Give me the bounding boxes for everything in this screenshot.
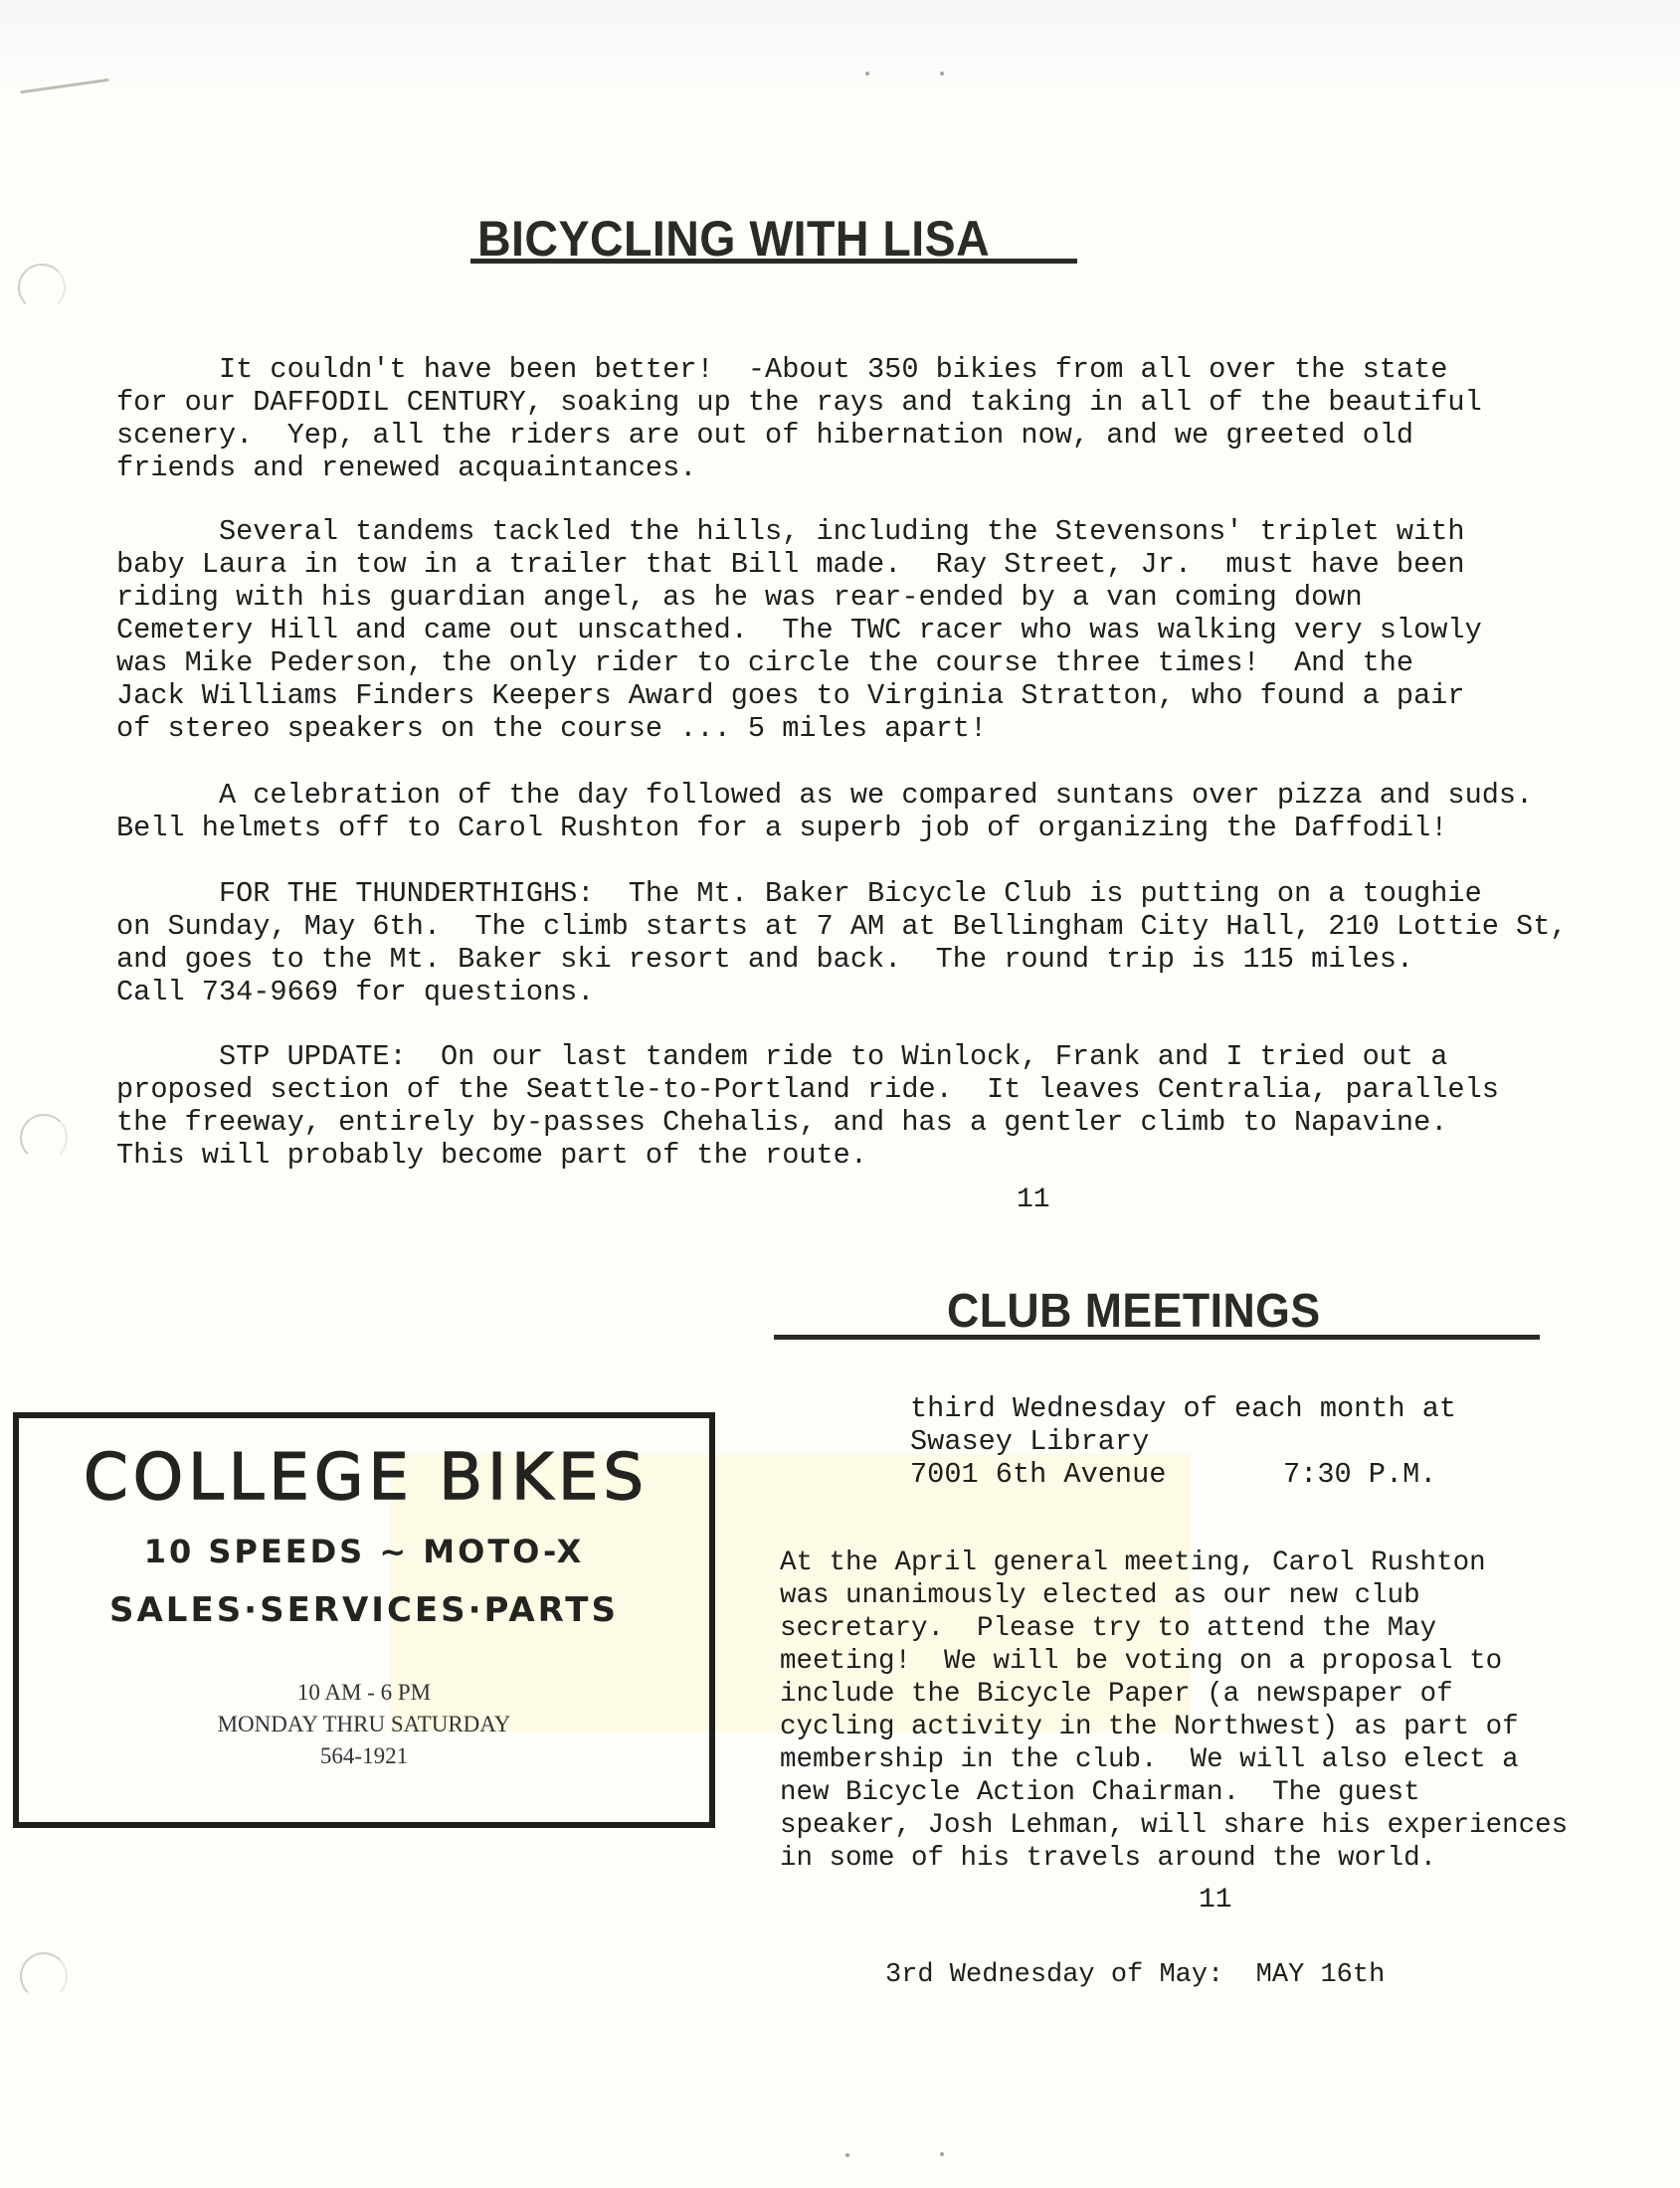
text-line: the freeway, entirely by-passes Chehalis… xyxy=(116,1106,1499,1139)
punch-hole-bottom xyxy=(20,1952,68,2000)
article-page-number: 11 xyxy=(1017,1184,1050,1216)
text-line: friends and renewed acquaintances. xyxy=(116,452,1482,484)
scan-speck xyxy=(865,72,869,76)
ad-tagline-services: SALES·SERVICES·PARTS xyxy=(19,1593,709,1627)
text-line: speaker, Josh Lehman, will share his exp… xyxy=(780,1809,1568,1842)
meeting-time: 7:30 P.M. xyxy=(1283,1458,1436,1491)
article-paragraph: FOR THE THUNDERTHIGHS: The Mt. Baker Bic… xyxy=(116,877,1568,1008)
club-meetings-paragraph: At the April general meeting, Carol Rush… xyxy=(780,1547,1568,1875)
scan-speck xyxy=(940,72,944,76)
article-paragraph: A celebration of the day followed as we … xyxy=(116,779,1533,844)
text-line: Cemetery Hill and came out unscathed. Th… xyxy=(116,614,1482,646)
club-meetings-underline xyxy=(774,1335,1540,1340)
punch-hole-middle xyxy=(20,1114,68,1162)
text-line: riding with his guardian angel, as he wa… xyxy=(116,581,1482,614)
text-line: on Sunday, May 6th. The climb starts at … xyxy=(116,910,1568,943)
paper-edge-tint xyxy=(0,0,1680,90)
text-line: A celebration of the day followed as we … xyxy=(116,779,1533,812)
text-line: proposed section of the Seattle-to-Portl… xyxy=(116,1073,1499,1106)
text-line: STP UPDATE: On our last tandem ride to W… xyxy=(116,1040,1499,1073)
text-line: scenery. Yep, all the riders are out of … xyxy=(116,419,1482,452)
punch-hole-top xyxy=(18,264,66,311)
college-bikes-ad: COLLEGE BIKES 10 SPEEDS ~ MOTO-X SALES·S… xyxy=(13,1412,715,1828)
text-line: cycling activity in the Northwest) as pa… xyxy=(780,1711,1568,1743)
ad-hours: 10 AM - 6 PM xyxy=(19,1677,709,1709)
scan-speck xyxy=(940,2152,944,2156)
text-line: membership in the club. We will also ele… xyxy=(780,1743,1568,1776)
article-title: BICYCLING WITH LISA xyxy=(477,214,990,264)
meeting-address: 7001 6th Avenue xyxy=(910,1458,1166,1491)
text-line: was unanimously elected as our new club xyxy=(780,1579,1568,1612)
article-paragraph: Several tandems tackled the hills, inclu… xyxy=(116,515,1482,745)
text-line: baby Laura in tow in a trailer that Bill… xyxy=(116,548,1482,581)
text-line: and goes to the Mt. Baker ski resort and… xyxy=(116,943,1568,976)
next-meeting-date: 3rd Wednesday of May: MAY 16th xyxy=(885,1959,1385,1992)
text-line: was Mike Pederson, the only rider to cir… xyxy=(116,646,1482,679)
text-line: This will probably become part of the ro… xyxy=(116,1139,1499,1172)
ad-days: MONDAY THRU SATURDAY xyxy=(19,1709,709,1740)
article-paragraph: STP UPDATE: On our last tandem ride to W… xyxy=(116,1040,1499,1172)
text-line: Jack Williams Finders Keepers Award goes… xyxy=(116,679,1482,712)
text-line: FOR THE THUNDERTHIGHS: The Mt. Baker Bic… xyxy=(116,877,1568,910)
ad-store-name: COLLEGE BIKES xyxy=(43,1446,689,1510)
text-line: secretary. Please try to attend the May xyxy=(780,1612,1568,1645)
text-line: include the Bicycle Paper (a newspaper o… xyxy=(780,1678,1568,1711)
ad-phone: 564-1921 xyxy=(19,1740,709,1772)
text-line: Call 734-9669 for questions. xyxy=(116,976,1568,1008)
text-line: new Bicycle Action Chairman. The guest xyxy=(780,1776,1568,1809)
club-meetings-title: CLUB MEETINGS xyxy=(947,1288,1321,1336)
text-line: It couldn't have been better! -About 350… xyxy=(116,353,1482,386)
text-line: of stereo speakers on the course ... 5 m… xyxy=(116,712,1482,745)
club-page-number: 11 xyxy=(1199,1884,1232,1916)
meeting-location: Swasey Library xyxy=(910,1425,1149,1458)
text-line: Several tandems tackled the hills, inclu… xyxy=(116,515,1482,548)
text-line: Bell helmets off to Carol Rushton for a … xyxy=(116,812,1533,844)
meeting-schedule-line1: third Wednesday of each month at xyxy=(910,1392,1456,1425)
text-line: meeting! We will be voting on a proposal… xyxy=(780,1645,1568,1678)
article-title-underline xyxy=(470,259,1077,264)
ad-tagline-products: 10 SPEEDS ~ MOTO-X xyxy=(19,1536,709,1567)
text-line: At the April general meeting, Carol Rush… xyxy=(780,1547,1568,1579)
text-line: for our DAFFODIL CENTURY, soaking up the… xyxy=(116,386,1482,419)
article-paragraph: It couldn't have been better! -About 350… xyxy=(116,353,1482,484)
text-line: in some of his travels around the world. xyxy=(780,1842,1568,1875)
scan-speck xyxy=(845,2153,849,2157)
